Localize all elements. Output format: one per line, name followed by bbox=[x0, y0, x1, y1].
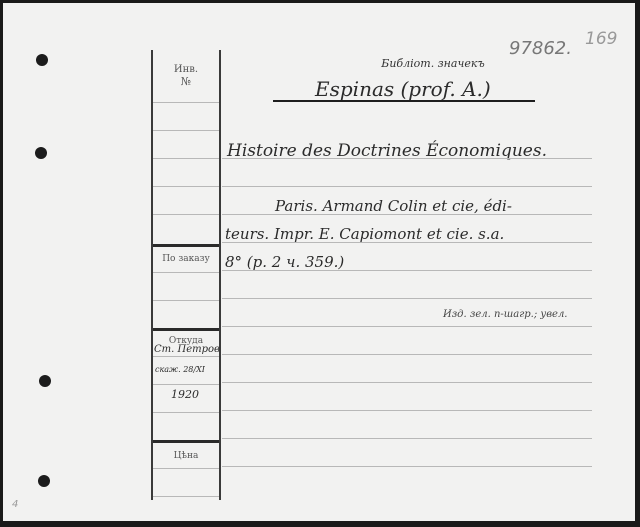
punch-hole-1 bbox=[36, 54, 48, 66]
catalog-card: Инв. № По заказу Откуда Ст. Петров скаж.… bbox=[3, 3, 635, 521]
from-where-rule-1 bbox=[153, 356, 219, 357]
main-rule-11 bbox=[222, 438, 592, 439]
call-number: 97862. bbox=[509, 38, 572, 59]
punch-hole-3 bbox=[39, 375, 51, 387]
imprint-line-1: Paris. Armand Colin et cie, édi- bbox=[275, 197, 512, 215]
from-where-divider bbox=[153, 328, 219, 331]
inventory-rule-3 bbox=[153, 158, 219, 159]
author-name: Espinas (prof. A.) bbox=[315, 77, 491, 101]
price-rule-1 bbox=[153, 468, 219, 469]
provenance-line-2: скаж. 28/XI bbox=[155, 365, 205, 374]
inventory-rule-5 bbox=[153, 214, 219, 215]
inventory-label: Инв. bbox=[153, 64, 219, 75]
main-rule-9 bbox=[222, 382, 592, 383]
author-underline bbox=[273, 100, 535, 102]
by-order-rule-2 bbox=[153, 300, 219, 301]
column-right-rule bbox=[219, 50, 221, 500]
price-label: Цѣна bbox=[153, 451, 219, 461]
by-order-rule-1 bbox=[153, 272, 219, 273]
provenance-line-3: 1920 bbox=[171, 388, 199, 401]
price-divider bbox=[153, 440, 219, 443]
by-order-label: По заказу bbox=[153, 254, 219, 264]
punch-hole-4 bbox=[38, 475, 50, 487]
main-rule-1 bbox=[222, 158, 592, 159]
punch-hole-2 bbox=[35, 147, 47, 159]
column-left-rule bbox=[151, 50, 153, 500]
main-rule-12 bbox=[222, 466, 592, 467]
inventory-rule-1 bbox=[153, 102, 219, 103]
main-rule-2 bbox=[222, 186, 592, 187]
imprint-line-3: 8° (p. 2 ч. 359.) bbox=[225, 253, 344, 271]
provenance-line-1: Ст. Петров bbox=[154, 344, 220, 355]
inventory-rule-2 bbox=[153, 130, 219, 131]
number-sign-label: № bbox=[153, 75, 219, 88]
main-rule-6 bbox=[222, 298, 592, 299]
corner-mark: 4 bbox=[12, 499, 18, 510]
imprint-line-2: teurs. Impr. E. Capiomont et cie. s.a. bbox=[225, 225, 504, 243]
from-where-rule-3 bbox=[153, 412, 219, 413]
main-rule-10 bbox=[222, 410, 592, 411]
library-mark-label: Библіот. значекъ bbox=[363, 57, 503, 70]
call-number-suffix: 169 bbox=[585, 29, 617, 49]
price-rule-2 bbox=[153, 496, 219, 497]
main-rule-8 bbox=[222, 354, 592, 355]
inventory-rule-4 bbox=[153, 186, 219, 187]
main-rule-7 bbox=[222, 326, 592, 327]
binding-note: Изд. зел. п-шагр.; увел. bbox=[443, 309, 568, 320]
by-order-divider bbox=[153, 244, 219, 247]
from-where-rule-2 bbox=[153, 384, 219, 385]
